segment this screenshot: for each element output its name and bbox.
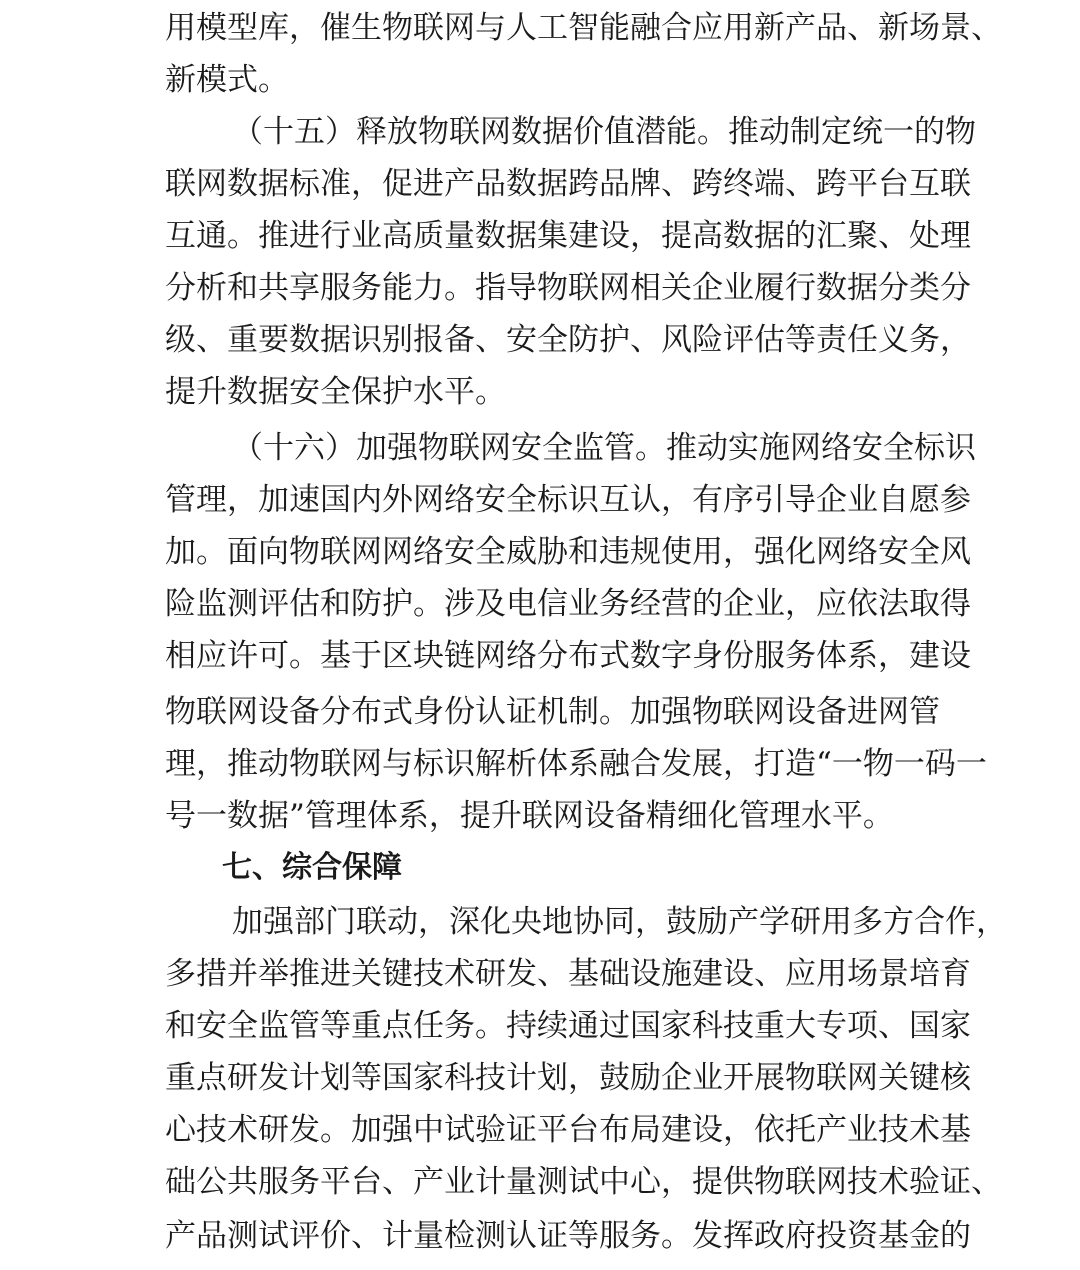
paragraph-line: 新模式。 <box>165 54 917 106</box>
paragraph-line: 加。面向物联网网络安全威胁和违规使用，强化网络安全风 <box>165 526 917 578</box>
paragraph-line: 险监测评估和防护。涉及电信业务经营的企业，应依法取得 <box>165 578 917 630</box>
paragraph-line: 号一数据”管理体系，提升联网设备精细化管理水平。 <box>165 790 917 842</box>
paragraph-line: 级、重要数据识别报备、安全防护、风险评估等责任义务， <box>165 314 917 366</box>
paragraph-line: 理，推动物联网与标识解析体系融合发展，打造“一物一码一 <box>165 738 917 790</box>
section-15-title-line: （十五）释放物联网数据价值潜能。推动制定统一的物 <box>232 106 917 158</box>
paragraph-line: 分析和共享服务能力。指导物联网相关企业履行数据分类分 <box>165 262 917 314</box>
paragraph-line: 提升数据安全保护水平。 <box>165 366 917 418</box>
section-16-title-line: （十六）加强物联网安全监管。推动实施网络安全标识 <box>232 422 917 474</box>
paragraph-line: 联网数据标准，促进产品数据跨品牌、跨终端、跨平台互联 <box>165 158 917 210</box>
section-heading: 七、综合保障 <box>222 842 402 894</box>
paragraph-line: 多措并举推进关键技术研发、基础设施建设、应用场景培育 <box>165 948 917 1000</box>
document-page: 用模型库，催生物联网与人工智能融合应用新产品、新场景、 新模式。 （十五）释放物… <box>0 0 1080 1270</box>
paragraph-line: 相应许可。基于区块链网络分布式数字身份服务体系，建设 <box>165 630 917 682</box>
paragraph-line: 用模型库，催生物联网与人工智能融合应用新产品、新场景、 <box>165 2 917 54</box>
paragraph-line: 互通。推进行业高质量数据集建设，提高数据的汇聚、处理 <box>165 210 917 262</box>
paragraph-line: 和安全监管等重点任务。持续通过国家科技重大专项、国家 <box>165 1000 917 1052</box>
paragraph-line: 心技术研发。加强中试验证平台布局建设，依托产业技术基 <box>165 1104 917 1156</box>
paragraph-line: 重点研发计划等国家科技计划，鼓励企业开展物联网关键核 <box>165 1052 917 1104</box>
paragraph-line: 管理，加速国内外网络安全标识互认，有序引导企业自愿参 <box>165 474 917 526</box>
paragraph-line: 物联网设备分布式身份认证机制。加强物联网设备进网管 <box>165 686 917 738</box>
paragraph-line: 加强部门联动，深化央地协同，鼓励产学研用多方合作， <box>232 896 917 948</box>
paragraph-line: 础公共服务平台、产业计量测试中心，提供物联网技术验证、 <box>165 1156 917 1208</box>
paragraph-line: 产品测试评价、计量检测认证等服务。发挥政府投资基金的 <box>165 1210 917 1262</box>
